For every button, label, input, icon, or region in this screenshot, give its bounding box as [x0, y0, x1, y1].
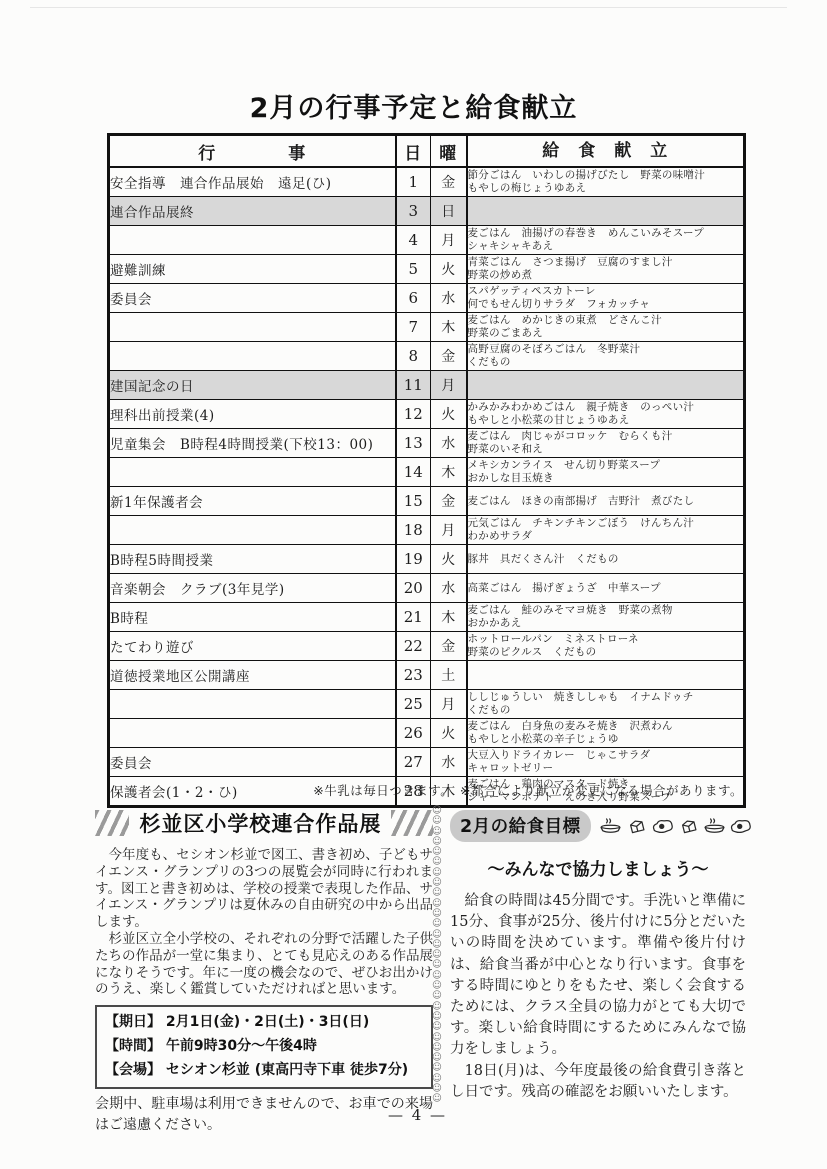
page-number: — 4 —: [350, 1106, 485, 1124]
exhibition-title: 杉並区小学校連合作品展: [139, 808, 381, 838]
steaming-dish-icon: [598, 815, 623, 837]
table-row: 7木麦ごはん めかじきの東煮 どさんこ汁野菜のごまあえ: [109, 313, 745, 342]
menu-footnote: ※牛乳は毎日つきます。 ※都合により献立が変更になる場合があります。: [107, 781, 743, 799]
table-row: 道徳授業地区公開講座23土: [109, 661, 745, 690]
fried-egg-icon: [650, 815, 675, 837]
milk-carton-icon: [676, 815, 701, 837]
table-row: 避難訓練5火青菜ごはん さつま揚げ 豆腐のすまし汁野菜の炒め煮: [109, 255, 745, 284]
table-row: 児童集会 B時程4時間授業(下校13：00)13水麦ごはん 肉じゃがコロッケ む…: [109, 429, 745, 458]
table-row: 8金高野豆腐のそぼろごはん 冬野菜汁くだもの: [109, 342, 745, 371]
lunch-goal-body: 給食の時間は45分間です。手洗いと準備に15分、食事が25分、後片付けに5分とだ…: [450, 891, 746, 1103]
exhibition-venue: 【会場】 セシオン杉並 (東高円寺下車 徒歩7分): [105, 1058, 423, 1082]
food-icons-row: [598, 815, 753, 837]
exhibition-paragraph: 杉並区立全小学校の、それぞれの分野で活躍した子供たちの作品が一堂に集まり、とても…: [95, 931, 433, 998]
exhibition-date: 【期日】 2月1日(金)・2日(土)・3日(日): [105, 1010, 423, 1034]
lunch-goal-subtitle: ～みんなで協力しましょう～: [450, 855, 746, 880]
lunch-goal-paragraph: 給食の時間は45分間です。手洗いと準備に15分、食事が25分、後片付けに5分とだ…: [450, 891, 746, 1061]
exhibition-info-box: 【期日】 2月1日(金)・2日(土)・3日(日) 【時間】 午前9時30分～午後…: [95, 1005, 433, 1089]
menu-column-header: 給 食 献 立: [467, 135, 745, 168]
exhibition-time: 【時間】 午前9時30分～午後4時: [105, 1034, 423, 1058]
diagonal-stripe-icon: [95, 810, 129, 836]
lunch-goal-badge: 2月の給食目標: [450, 810, 591, 842]
table-row: 理科出前授業(4)12火かみかみわかめごはん 親子焼き のっぺい汁もやしと小松菜…: [109, 400, 745, 429]
table-row: 4月麦ごはん 油揚げの春巻き めんこいみそスープシャキシャキあえ: [109, 226, 745, 255]
exhibition-body: 今年度も、セシオン杉並で図工、書き初め、子どもサイエンス・グランプリの3つの展覧…: [95, 847, 433, 998]
table-row: 安全指導 連合作品展始 遠足(ひ)1金節分ごはん いわしの揚げびたし 野菜の味噌…: [109, 167, 745, 197]
table-row: 25月ししじゅうしい 焼きししゃも イナムドゥチくだもの: [109, 690, 745, 719]
table-row: 18月元気ごはん チキンチキンごぼう けんちん汁わかめサラダ: [109, 516, 745, 545]
weekday-column-header: 曜: [431, 135, 467, 168]
lunch-goal-section: 2月の給食目標 ～みんなで協力しましょう～ 給食の時間は45分間です。手洗いと準…: [450, 810, 746, 1103]
events-column-header: 行 事: [109, 135, 396, 168]
milk-carton-icon: [624, 815, 649, 837]
table-row: B時程21木麦ごはん 鮭のみそマヨ焼き 野菜の煮物おかかあえ: [109, 603, 745, 632]
steaming-dish-icon: [702, 815, 727, 837]
lunch-goal-header: 2月の給食目標: [450, 810, 746, 842]
table-row: たてわり遊び22金ホットロールパン ミネストローネ野菜のピクルス くだもの: [109, 632, 745, 661]
table-row: 26火麦ごはん 白身魚の麦みそ焼き 沢煮わんもやしと小松菜の辛子じょうゆ: [109, 719, 745, 748]
schedule-table: 行 事 日 曜 給 食 献 立 安全指導 連合作品展始 遠足(ひ)1金節分ごはん…: [107, 133, 743, 808]
lunch-goal-paragraph: 18日(月)は、今年度最後の給食費引き落とし日です。残高の確認をお願いいたします…: [450, 1061, 746, 1103]
table-header-row: 行 事 日 曜 給 食 献 立: [109, 135, 745, 168]
table-row: 音楽朝会 クラブ(3年見学)20水高菜ごはん 揚げぎょうざ 中華スープ: [109, 574, 745, 603]
table-row: 建国記念の日11月: [109, 371, 745, 400]
table-row: 委員会6水スパゲッティペスカトーレ何でもせん切りサラダ フォカッチャ: [109, 284, 745, 313]
table-row: B時程5時間授業19火豚丼 具だくさん汁 くだもの: [109, 545, 745, 574]
table-row: 14木メキシカンライス せん切り野菜スープおかしな目玉焼き: [109, 458, 745, 487]
day-column-header: 日: [396, 135, 431, 168]
table-row: 新1年保護者会15金麦ごはん ほきの南部揚げ 吉野汁 煮びたし: [109, 487, 745, 516]
exhibition-section: 杉並区小学校連合作品展 今年度も、セシオン杉並で図工、書き初め、子どもサイエンス…: [95, 808, 433, 1136]
page: { "title": "2月の行事予定と給食献立", "colors": { "…: [0, 0, 827, 1169]
exhibition-header: 杉並区小学校連合作品展: [95, 808, 433, 838]
schedule-table-body: 安全指導 連合作品展始 遠足(ひ)1金節分ごはん いわしの揚げびたし 野菜の味噌…: [109, 167, 745, 807]
smiley-divider-icons: ☺ ☺ ☺ ☺ ☺ ☺ ☺ ☺ ☺ ☺ ☺ ☺ ☺ ☺ ☺ ☺ ☺ ☺ ☺ ☺ …: [430, 806, 444, 1105]
scan-artifact-line: [30, 7, 787, 8]
fried-egg-icon: [728, 815, 753, 837]
table-row: 連合作品展終3日: [109, 197, 745, 226]
diagonal-stripe-icon: [391, 810, 433, 836]
exhibition-paragraph: 今年度も、セシオン杉並で図工、書き初め、子どもサイエンス・グランプリの3つの展覧…: [95, 847, 433, 931]
table-row: 委員会27水大豆入りドライカレー じゃこサラダキャロットゼリー: [109, 748, 745, 777]
page-title: 2月の行事予定と給食献立: [0, 86, 827, 125]
